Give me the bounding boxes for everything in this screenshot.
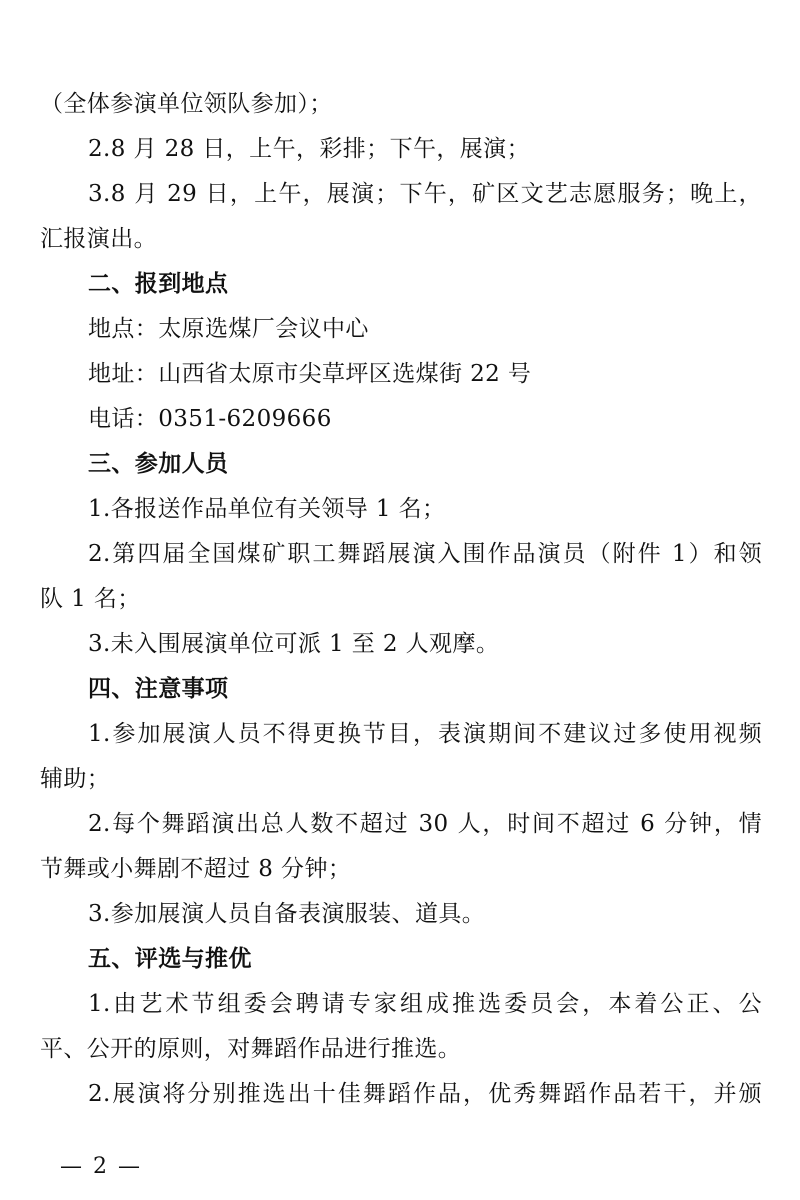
venue-label: 地点： — [88, 316, 158, 342]
schedule-line-1-continued: （全体参演单位领队参加）； — [40, 82, 762, 127]
participants-item-2-continued: 队 1 名； — [40, 577, 762, 622]
participants-item-3: 3.未入围展演单位可派 1 至 2 人观摩。 — [40, 622, 762, 667]
section-heading-participants: 三、参加人员 — [40, 442, 762, 487]
phone-line: 电话：0351-6209666 — [40, 397, 762, 442]
address-label: 地址： — [88, 361, 158, 387]
notes-item-3: 3.参加展演人员自备表演服装、道具。 — [40, 892, 762, 937]
address-line: 地址：山西省太原市尖草坪区选煤街 22 号 — [40, 352, 762, 397]
selection-item-1-continued: 平、公开的原则，对舞蹈作品进行推选。 — [40, 1027, 762, 1072]
notes-item-1: 1.参加展演人员不得更换节目，表演期间不建议过多使用视频 — [40, 712, 762, 757]
notes-item-1-continued: 辅助； — [40, 757, 762, 802]
address-value: 山西省太原市尖草坪区选煤街 22 号 — [158, 361, 531, 387]
notes-item-2: 2.每个舞蹈演出总人数不超过 30 人，时间不超过 6 分钟，情 — [40, 802, 762, 847]
document-page: （全体参演单位领队参加）； 2.8 月 28 日，上午，彩排；下午，展演； 3.… — [40, 82, 762, 1117]
phone-value: 0351-6209666 — [158, 406, 332, 432]
selection-item-1: 1.由艺术节组委会聘请专家组成推选委员会，本着公正、公 — [40, 982, 762, 1027]
phone-label: 电话： — [88, 406, 158, 432]
venue-value: 太原选煤厂会议中心 — [158, 316, 369, 342]
schedule-item-2: 2.8 月 28 日，上午，彩排；下午，展演； — [40, 127, 762, 172]
page-number: — 2 — — [60, 1152, 142, 1182]
section-heading-notes: 四、注意事项 — [40, 667, 762, 712]
venue-line: 地点：太原选煤厂会议中心 — [40, 307, 762, 352]
participants-item-2: 2.第四届全国煤矿职工舞蹈展演入围作品演员（附件 1）和领 — [40, 532, 762, 577]
schedule-item-3-continued: 汇报演出。 — [40, 217, 762, 262]
schedule-item-3: 3.8 月 29 日，上午，展演；下午，矿区文艺志愿服务；晚上， — [40, 172, 762, 217]
section-heading-registration: 二、报到地点 — [40, 262, 762, 307]
notes-item-2-continued: 节舞或小舞剧不超过 8 分钟； — [40, 847, 762, 892]
section-heading-selection: 五、评选与推优 — [40, 937, 762, 982]
participants-item-1: 1.各报送作品单位有关领导 1 名； — [40, 487, 762, 532]
selection-item-2: 2.展演将分别推选出十佳舞蹈作品，优秀舞蹈作品若干，并颁 — [40, 1072, 762, 1117]
